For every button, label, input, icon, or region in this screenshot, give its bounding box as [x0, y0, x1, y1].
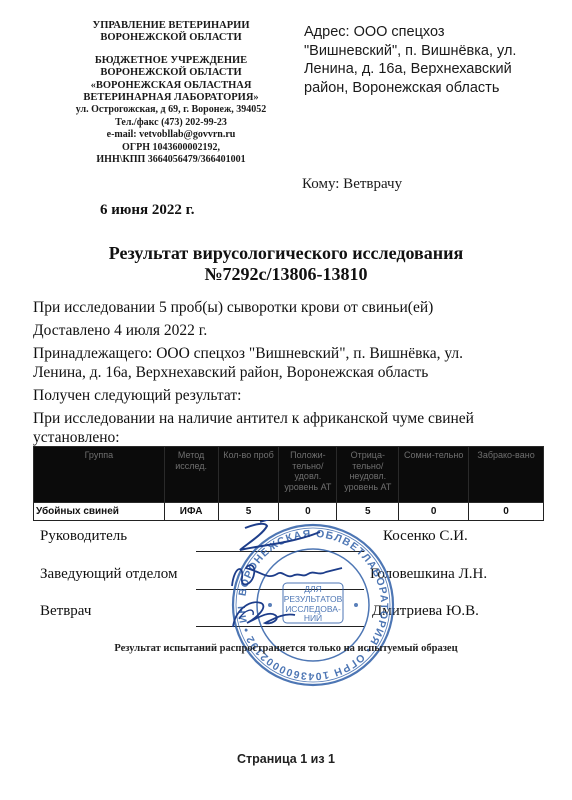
results-table: Группа Метод исслед. Кол-во проб Положи-…	[33, 446, 544, 521]
cell-negative: 5	[337, 503, 399, 521]
cell-doubtful: 0	[399, 503, 469, 521]
signature-role-dept: Заведующий отделом	[40, 566, 177, 583]
org-phone: Тел./факс (473) 202-99-23	[40, 117, 302, 129]
address-line: район, Воронежская область	[304, 79, 554, 98]
signature-role-vet: Ветврач	[40, 603, 91, 620]
cell-sample-count: 5	[218, 503, 279, 521]
signature-head-icon	[225, 520, 335, 560]
document-number: №7292с/13806-13810	[0, 264, 572, 285]
org-line: «ВОРОНЕЖСКАЯ ОБЛАСТНАЯ	[40, 80, 302, 92]
column-header: Забрако-вано	[469, 447, 544, 503]
cell-group: Убойных свиней	[34, 503, 165, 521]
delivered-text: Доставлено 4 июля 2022 г.	[33, 321, 543, 340]
org-inn-kpp: ИНН\КПП 3664056479/366401001	[40, 154, 302, 166]
cell-rejected: 0	[469, 503, 544, 521]
column-header: Кол-во проб	[218, 447, 279, 503]
title-line: Результат вирусологического исследования	[0, 243, 572, 264]
column-header: Положи-тельно/ удовл. уровень АТ	[279, 447, 337, 503]
column-header: Метод исслед.	[164, 447, 218, 503]
cell-positive: 0	[279, 503, 337, 521]
owner-text-1: Принадлежащего: ООО спецхоз "Вишневский"…	[33, 344, 543, 363]
finding-text-2: установлено:	[33, 428, 543, 447]
disclaimer-note: Результат испытаний распространяется тол…	[0, 643, 572, 654]
result-intro: Получен следующий результат:	[33, 386, 543, 405]
document-date: 6 июня 2022 г.	[100, 202, 194, 219]
organization-header: УПРАВЛЕНИЕ ВЕТЕРИНАРИИ ВОРОНЕЖСКОЙ ОБЛАС…	[40, 20, 302, 166]
samples-text: При исследовании 5 проб(ы) сыворотки кро…	[33, 298, 543, 317]
org-line: БЮДЖЕТНОЕ УЧРЕЖДЕНИЕ	[40, 55, 302, 67]
cell-method: ИФА	[164, 503, 218, 521]
document-title: Результат вирусологического исследования…	[0, 243, 572, 285]
column-header: Отрица-тельно/ неудовл. уровень АТ	[337, 447, 399, 503]
finding-text-1: При исследовании на наличие антител к аф…	[33, 409, 543, 428]
document-body: При исследовании 5 проб(ы) сыворотки кро…	[33, 298, 543, 447]
org-line: ВЕТЕРИНАРНАЯ ЛАБОРАТОРИЯ»	[40, 92, 302, 104]
recipient-address: Адрес: ООО спецхоз "Вишневский", п. Вишн…	[304, 23, 554, 97]
address-line: Ленина, д. 16а, Верхнехавский	[304, 60, 554, 79]
org-address: ул. Острогожская, д 69, г. Воронеж, 3940…	[40, 104, 302, 116]
org-line: ВОРОНЕЖСКОЙ ОБЛАСТИ	[40, 67, 302, 79]
table-header-row: Группа Метод исслед. Кол-во проб Положи-…	[34, 447, 544, 503]
signature-dept-icon	[222, 556, 352, 596]
org-line: ВОРОНЕЖСКОЙ ОБЛАСТИ	[40, 32, 302, 44]
org-email: e-mail: vetvobllab@govvrn.ru	[40, 129, 302, 141]
table-row: Убойных свиней ИФА 5 0 5 0 0	[34, 503, 544, 521]
address-line: Адрес: ООО спецхоз	[304, 23, 554, 42]
column-header: Сомни-тельно	[399, 447, 469, 503]
address-line: "Вишневский", п. Вишнёвка, ул.	[304, 42, 554, 61]
recipient: Кому: Ветврачу	[302, 176, 402, 193]
svg-text:НИЙ: НИЙ	[304, 612, 322, 623]
org-line: УПРАВЛЕНИЕ ВЕТЕРИНАРИИ	[40, 20, 302, 32]
signature-vet-icon	[225, 593, 305, 633]
signature-role-head: Руководитель	[40, 528, 127, 545]
owner-text-2: Ленина, д. 16а, Верхнехавский район, Вор…	[33, 363, 543, 382]
org-ogrn: ОГРН 1043600002192,	[40, 142, 302, 154]
column-header: Группа	[34, 447, 165, 503]
page-number: Страница 1 из 1	[0, 752, 572, 766]
